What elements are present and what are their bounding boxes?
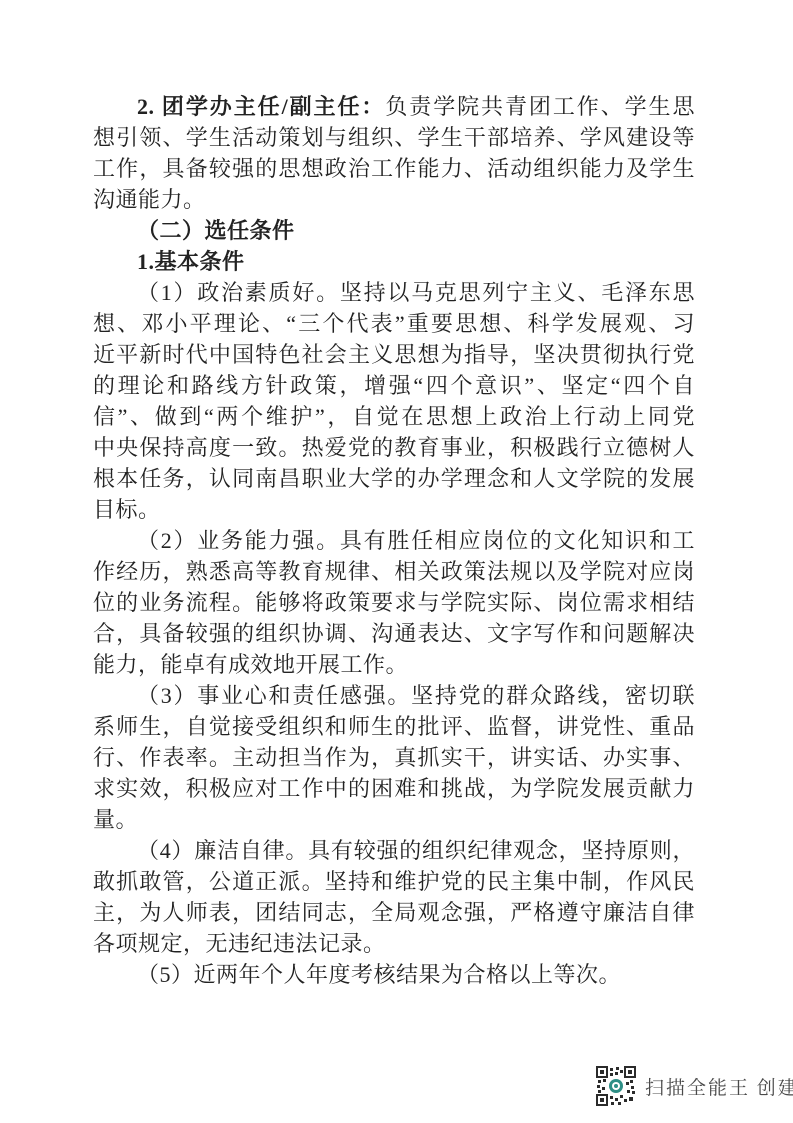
text-line: 行、作表率。主动担当作为，真抓实干，讲实话、办实事、 [93, 742, 695, 773]
text-line: 能力，能卓有成效地开展工作。 [93, 649, 695, 680]
text-line: （二）选任条件 [93, 215, 695, 246]
bold-lead-text: 2. 团学办主任/副主任： [137, 94, 385, 119]
text-line: 的理论和路线方针政策，增强“四个意识”、坚定“四个自 [93, 370, 695, 401]
para-criteria-2-professional: （2）业务能力强。具有胜任相应岗位的文化知识和工作经历，熟悉高等教育规律、相关政… [93, 525, 695, 680]
heading-basic-criteria: 1.基本条件 [93, 246, 695, 277]
camscanner-watermark: 扫描全能王 创建 [596, 1066, 793, 1106]
text-line: （1）政治素质好。坚持以马克思列宁主义、毛泽东思 [93, 277, 695, 308]
text-line: 合，具备较强的组织协调、沟通表达、文字写作和问题解决 [93, 618, 695, 649]
text-line: 作经历，熟悉高等教育规律、相关政策法规以及学院对应岗 [93, 556, 695, 587]
para-criteria-1-political: （1）政治素质好。坚持以马克思列宁主义、毛泽东思想、邓小平理论、“三个代表”重要… [93, 277, 695, 525]
heading-selection-criteria: （二）选任条件 [93, 215, 695, 246]
text-line: 主，为人师表，团结同志，全局观念强，严格遵守廉洁自律 [93, 897, 695, 928]
text-line: 目标。 [93, 494, 695, 525]
text-line: （3）事业心和责任感强。坚持党的群众路线，密切联 [93, 680, 695, 711]
text-line: 位的业务流程。能够将政策要求与学院实际、岗位需求相结 [93, 587, 695, 618]
text-line: 信”、做到“两个维护”，自觉在思想上政治上行动上同党 [93, 401, 695, 432]
text-line: 沟通能力。 [93, 184, 695, 215]
bold-lead-text: 1.基本条件 [137, 249, 245, 274]
para-criteria-5-assessment: （5）近两年个人年度考核结果为合格以上等次。 [93, 959, 695, 990]
text-line: 求实效，积极应对工作中的困难和挑战，为学院发展贡献力 [93, 773, 695, 804]
camscanner-label: 扫描全能王 创建 [645, 1073, 793, 1100]
para-role-tuanxueban: 2. 团学办主任/副主任：负责学院共青团工作、学生思想引领、学生活动策划与组织、… [93, 91, 695, 215]
text-line: 中央保持高度一致。热爱党的教育事业，积极践行立德树人 [93, 432, 695, 463]
document-page: 2. 团学办主任/副主任：负责学院共青团工作、学生思想引领、学生活动策划与组织、… [0, 0, 793, 1123]
text-line: 1.基本条件 [93, 246, 695, 277]
text-line: 系师生，自觉接受组织和师生的批评、监督，讲党性、重品 [93, 711, 695, 742]
camscanner-qr-icon [596, 1066, 636, 1106]
text-line: 敢抓敢管，公道正派。坚持和维护党的民主集中制，作风民 [93, 866, 695, 897]
text-line: 量。 [93, 804, 695, 835]
para-criteria-4-integrity: （4）廉洁自律。具有较强的组织纪律观念，坚持原则，敢抓敢管，公道正派。坚持和维护… [93, 835, 695, 959]
text-line: 根本任务，认同南昌职业大学的办学理念和人文学院的发展 [93, 463, 695, 494]
document-body: 2. 团学办主任/副主任：负责学院共青团工作、学生思想引领、学生活动策划与组织、… [93, 91, 695, 990]
text-line: 2. 团学办主任/副主任：负责学院共青团工作、学生思 [93, 91, 695, 122]
text-line: （4）廉洁自律。具有较强的组织纪律观念，坚持原则， [93, 835, 695, 866]
text-line: （2）业务能力强。具有胜任相应岗位的文化知识和工 [93, 525, 695, 556]
text-line: 近平新时代中国特色社会主义思想为指导，坚决贯彻执行党 [93, 339, 695, 370]
para-criteria-3-responsibility: （3）事业心和责任感强。坚持党的群众路线，密切联系师生，自觉接受组织和师生的批评… [93, 680, 695, 835]
text-line: 想、邓小平理论、“三个代表”重要思想、科学发展观、习 [93, 308, 695, 339]
text-line: （5）近两年个人年度考核结果为合格以上等次。 [93, 959, 695, 990]
text-line: 各项规定，无违纪违法记录。 [93, 928, 695, 959]
text-line: 想引领、学生活动策划与组织、学生干部培养、学风建设等 [93, 122, 695, 153]
text-line: 工作，具备较强的思想政治工作能力、活动组织能力及学生 [93, 153, 695, 184]
bold-lead-text: （二）选任条件 [137, 218, 295, 243]
